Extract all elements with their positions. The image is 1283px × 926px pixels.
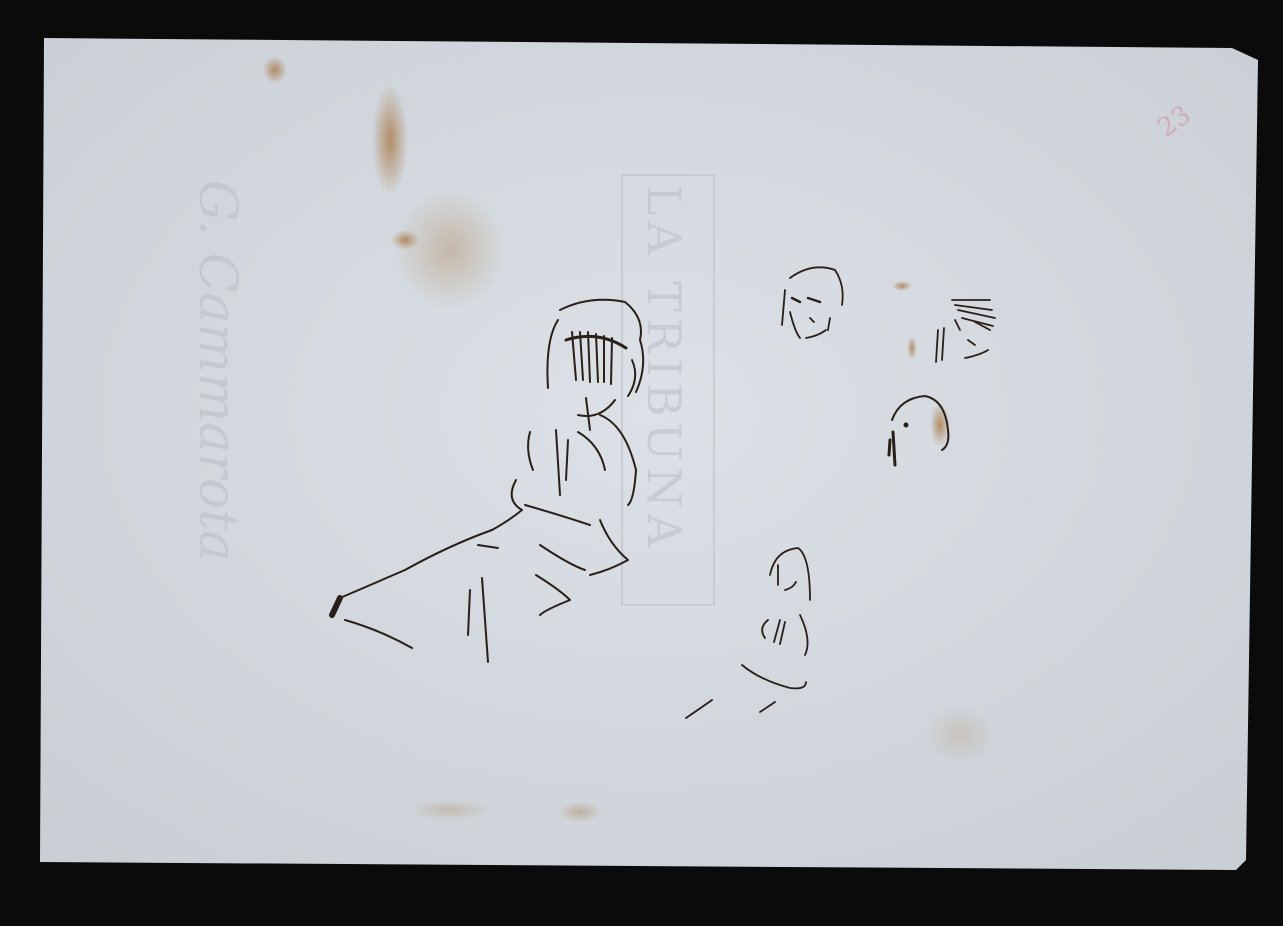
script-watermark: G. Cammarota bbox=[187, 180, 247, 561]
photograph-of-sketch: LA TRIBUNA G. Cammarota 23 bbox=[0, 0, 1283, 926]
watermark-text: LA TRIBUNA bbox=[637, 185, 691, 553]
sketch-sheet: LA TRIBUNA G. Cammarota 23 bbox=[0, 0, 1283, 926]
